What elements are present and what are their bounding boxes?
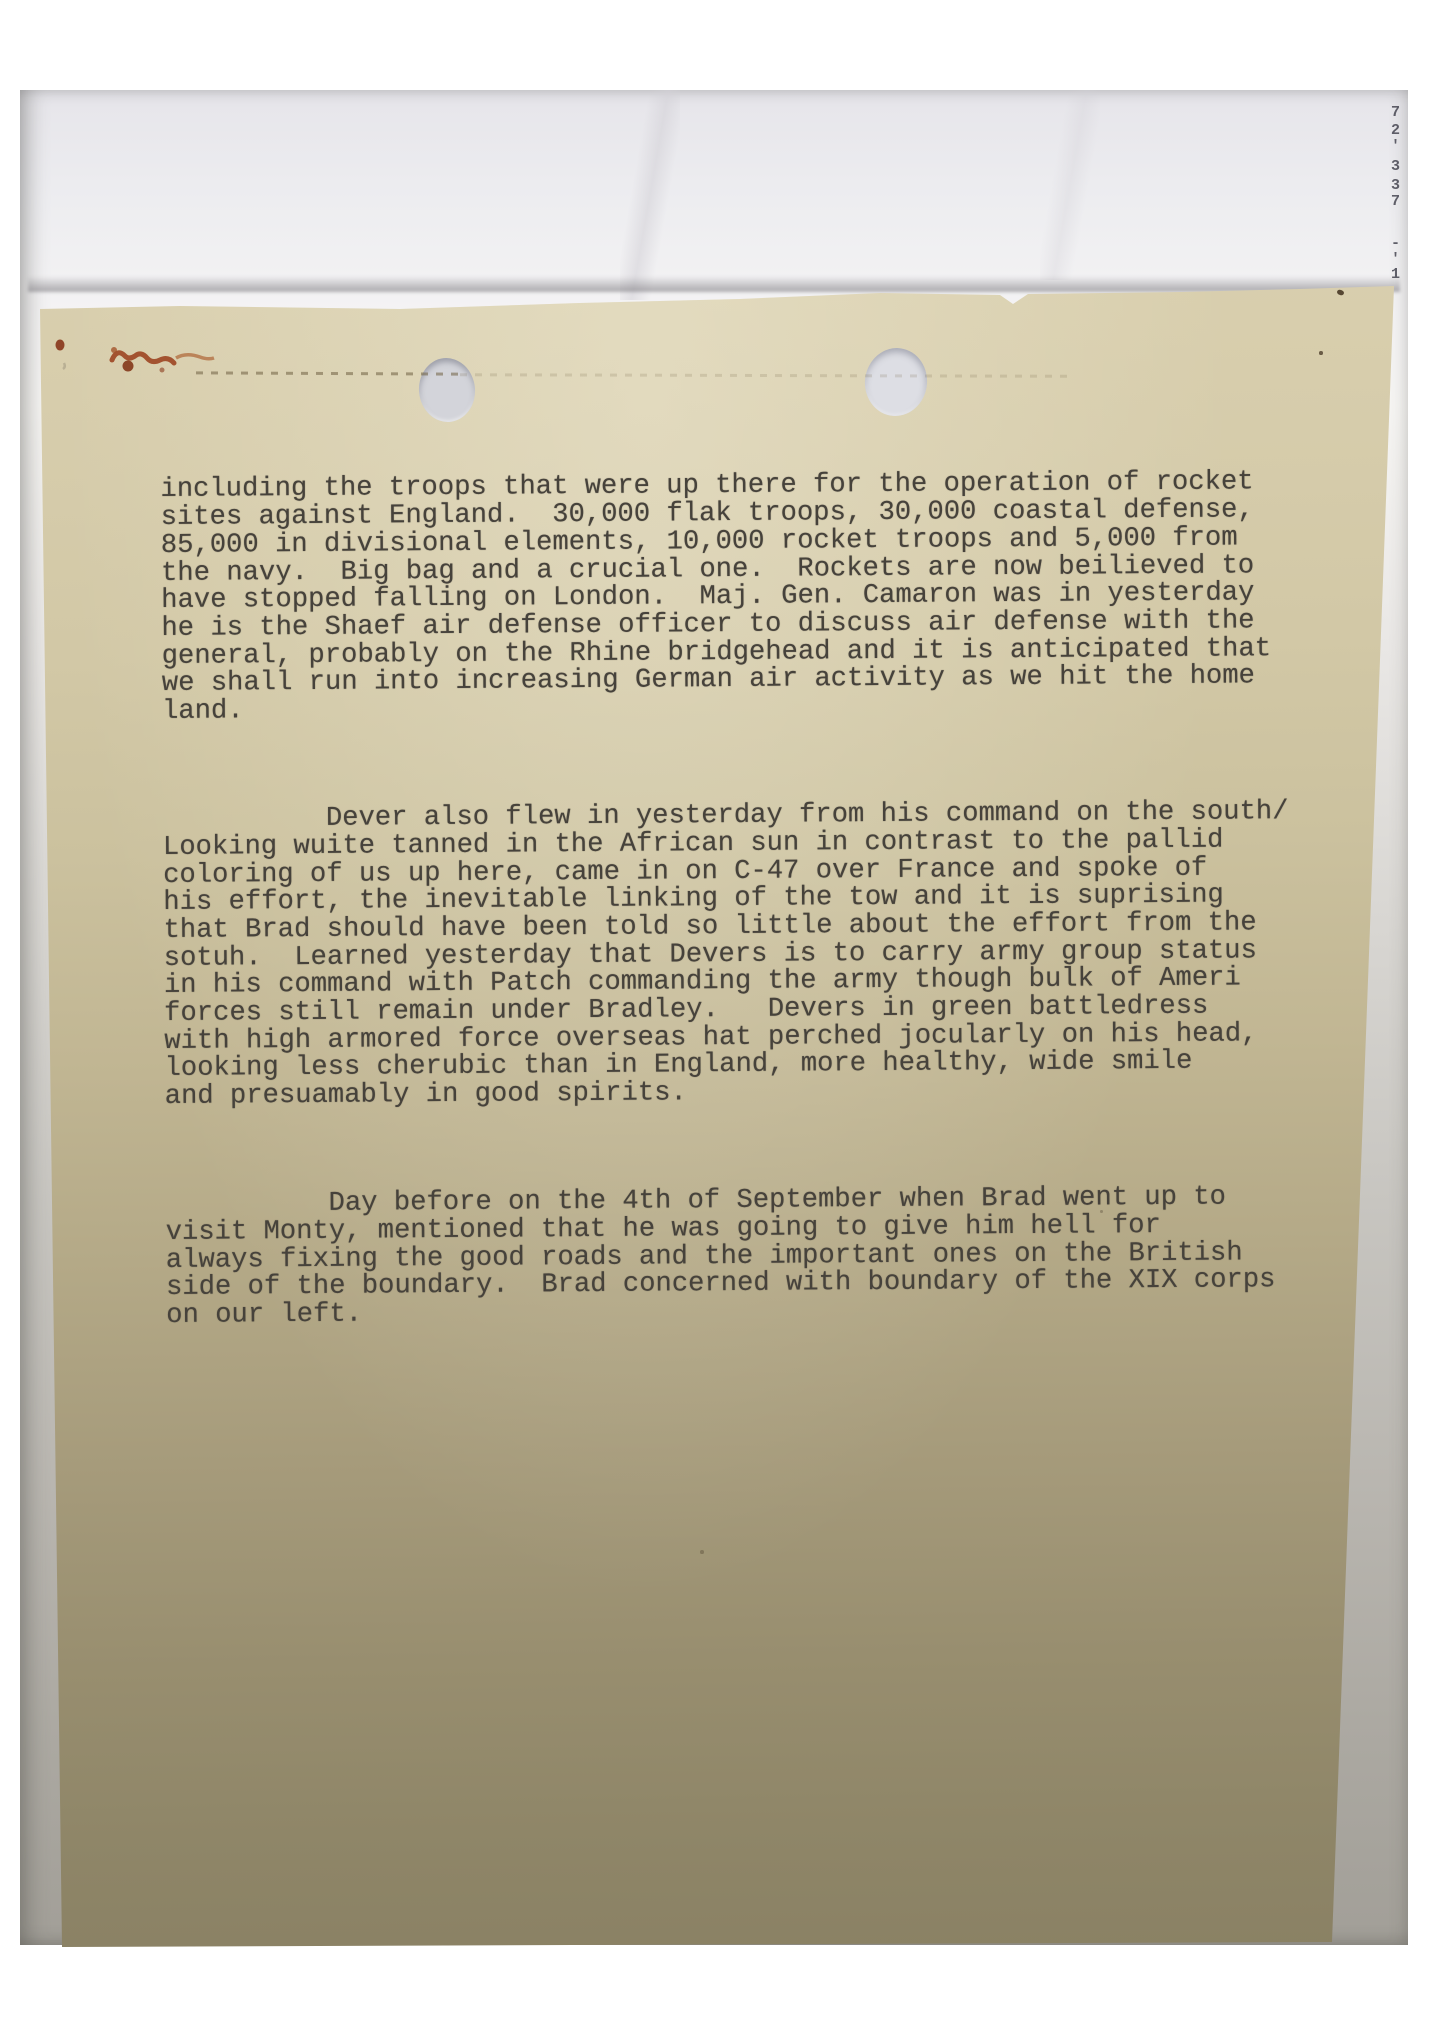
paragraph-troop-numbers: including the troops that were up there … [160, 468, 1332, 725]
typed-line: and presuamably in good spirits. [165, 1075, 1335, 1111]
edge-glyph: 2 [1391, 122, 1400, 139]
paragraph-devers-visit: Dever also flew in yesterday from his co… [163, 798, 1335, 1111]
adjacent-page-text-marks: 72'337-'1 [1388, 90, 1408, 380]
paper-speck [700, 1550, 704, 1554]
backing-crease [1040, 90, 1100, 280]
edge-glyph: 1 [1391, 266, 1400, 283]
paper-speck [1319, 351, 1323, 355]
edge-glyph: 3 [1391, 158, 1400, 175]
rust-stain [54, 336, 244, 386]
edge-glyph: 7 [1391, 104, 1400, 121]
typed-line: on our left. [166, 1294, 1336, 1330]
edge-glyph: 7 [1391, 193, 1400, 210]
backing-crease [620, 90, 680, 300]
typewritten-text: including the troops that were up there … [160, 413, 1337, 1385]
edge-glyph: - [1391, 235, 1400, 252]
edge-glyph: 3 [1391, 177, 1400, 194]
paper-edge-shadow [28, 276, 1400, 292]
paragraph-monty-roads: Day before on the 4th of September when … [165, 1183, 1336, 1330]
edge-glyph: ' [1391, 138, 1400, 155]
stray-type-mark: ’ [798, 946, 810, 969]
photo-scan: 72'337-'1 including the troops that were… [20, 90, 1408, 1945]
